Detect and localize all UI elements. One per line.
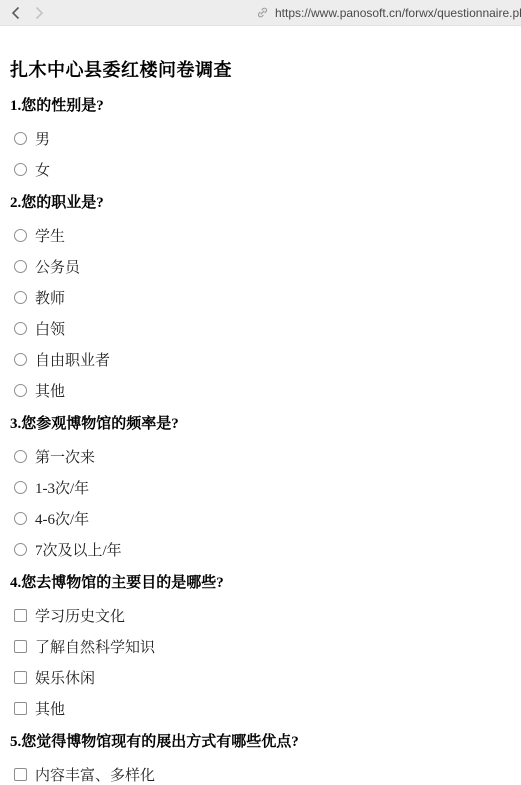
question-label: 3.您参观博物馆的频率是? [10, 415, 515, 434]
url-text: https://www.panosoft.cn/forwx/questionna… [275, 6, 521, 20]
question-block-5: 5.您觉得博物馆现有的展出方式有哪些优点? 内容丰富、多样化 [10, 733, 515, 783]
option-label: 内容丰富、多样化 [35, 764, 155, 785]
option-label: 4-6次/年 [35, 508, 89, 529]
option-label: 公务员 [35, 256, 80, 277]
option-label: 1-3次/年 [35, 477, 89, 498]
checkbox-option[interactable]: 其他 [10, 700, 515, 717]
radio-button-icon[interactable] [14, 163, 27, 176]
radio-button-icon[interactable] [14, 132, 27, 145]
question-block-2: 2.您的职业是? 学生 公务员 教师 白领 自由职业者 其他 [10, 194, 515, 399]
question-label: 1.您的性别是? [10, 97, 515, 116]
option-label: 白领 [35, 318, 65, 339]
radio-option[interactable]: 教师 [10, 289, 515, 306]
questionnaire-page: 扎木中心县委红楼问卷调查 1.您的性别是? 男 女 2.您的职业是? 学生 公务… [0, 59, 521, 783]
radio-button-icon[interactable] [14, 481, 27, 494]
option-label: 学习历史文化 [35, 605, 125, 626]
radio-button-icon[interactable] [14, 384, 27, 397]
radio-option[interactable]: 第一次来 [10, 448, 515, 465]
radio-button-icon[interactable] [14, 229, 27, 242]
option-label: 其他 [35, 698, 65, 719]
checkbox-option[interactable]: 学习历史文化 [10, 607, 515, 624]
radio-button-icon[interactable] [14, 322, 27, 335]
question-block-1: 1.您的性别是? 男 女 [10, 97, 515, 178]
radio-button-icon[interactable] [14, 291, 27, 304]
option-label: 男 [35, 128, 50, 149]
radio-button-icon[interactable] [14, 543, 27, 556]
radio-button-icon[interactable] [14, 260, 27, 273]
checkbox-icon[interactable] [14, 671, 27, 684]
option-label: 教师 [35, 287, 65, 308]
option-label: 了解自然科学知识 [35, 636, 155, 657]
question-block-4: 4.您去博物馆的主要目的是哪些? 学习历史文化 了解自然科学知识 娱乐休闲 其他 [10, 574, 515, 717]
chevron-right-icon [35, 6, 44, 20]
radio-option[interactable]: 学生 [10, 227, 515, 244]
radio-option[interactable]: 1-3次/年 [10, 479, 515, 496]
checkbox-icon[interactable] [14, 768, 27, 781]
checkbox-icon[interactable] [14, 640, 27, 653]
checkbox-icon[interactable] [14, 609, 27, 622]
option-label: 女 [35, 159, 50, 180]
checkbox-icon[interactable] [14, 702, 27, 715]
radio-button-icon[interactable] [14, 512, 27, 525]
back-button[interactable] [7, 0, 23, 25]
address-bar[interactable]: https://www.panosoft.cn/forwx/questionna… [256, 0, 521, 25]
checkbox-option[interactable]: 娱乐休闲 [10, 669, 515, 686]
radio-option[interactable]: 7次及以上/年 [10, 541, 515, 558]
option-label: 自由职业者 [35, 349, 110, 370]
radio-option[interactable]: 自由职业者 [10, 351, 515, 368]
radio-option[interactable]: 白领 [10, 320, 515, 337]
radio-option[interactable]: 其他 [10, 382, 515, 399]
question-block-3: 3.您参观博物馆的频率是? 第一次来 1-3次/年 4-6次/年 7次及以上/年 [10, 415, 515, 558]
question-label: 4.您去博物馆的主要目的是哪些? [10, 574, 515, 593]
radio-button-icon[interactable] [14, 353, 27, 366]
radio-option[interactable]: 4-6次/年 [10, 510, 515, 527]
radio-option[interactable]: 公务员 [10, 258, 515, 275]
radio-option[interactable]: 女 [10, 161, 515, 178]
link-icon [256, 6, 269, 19]
page-title: 扎木中心县委红楼问卷调查 [10, 59, 515, 81]
option-label: 娱乐休闲 [35, 667, 95, 688]
question-label: 5.您觉得博物馆现有的展出方式有哪些优点? [10, 733, 515, 752]
browser-toolbar: https://www.panosoft.cn/forwx/questionna… [0, 0, 521, 26]
option-label: 7次及以上/年 [35, 539, 122, 560]
radio-option[interactable]: 男 [10, 130, 515, 147]
forward-button[interactable] [31, 0, 47, 25]
checkbox-option[interactable]: 内容丰富、多样化 [10, 766, 515, 783]
option-label: 第一次来 [35, 446, 95, 467]
chevron-left-icon [11, 6, 20, 20]
radio-button-icon[interactable] [14, 450, 27, 463]
option-label: 学生 [35, 225, 65, 246]
question-label: 2.您的职业是? [10, 194, 515, 213]
option-label: 其他 [35, 380, 65, 401]
checkbox-option[interactable]: 了解自然科学知识 [10, 638, 515, 655]
